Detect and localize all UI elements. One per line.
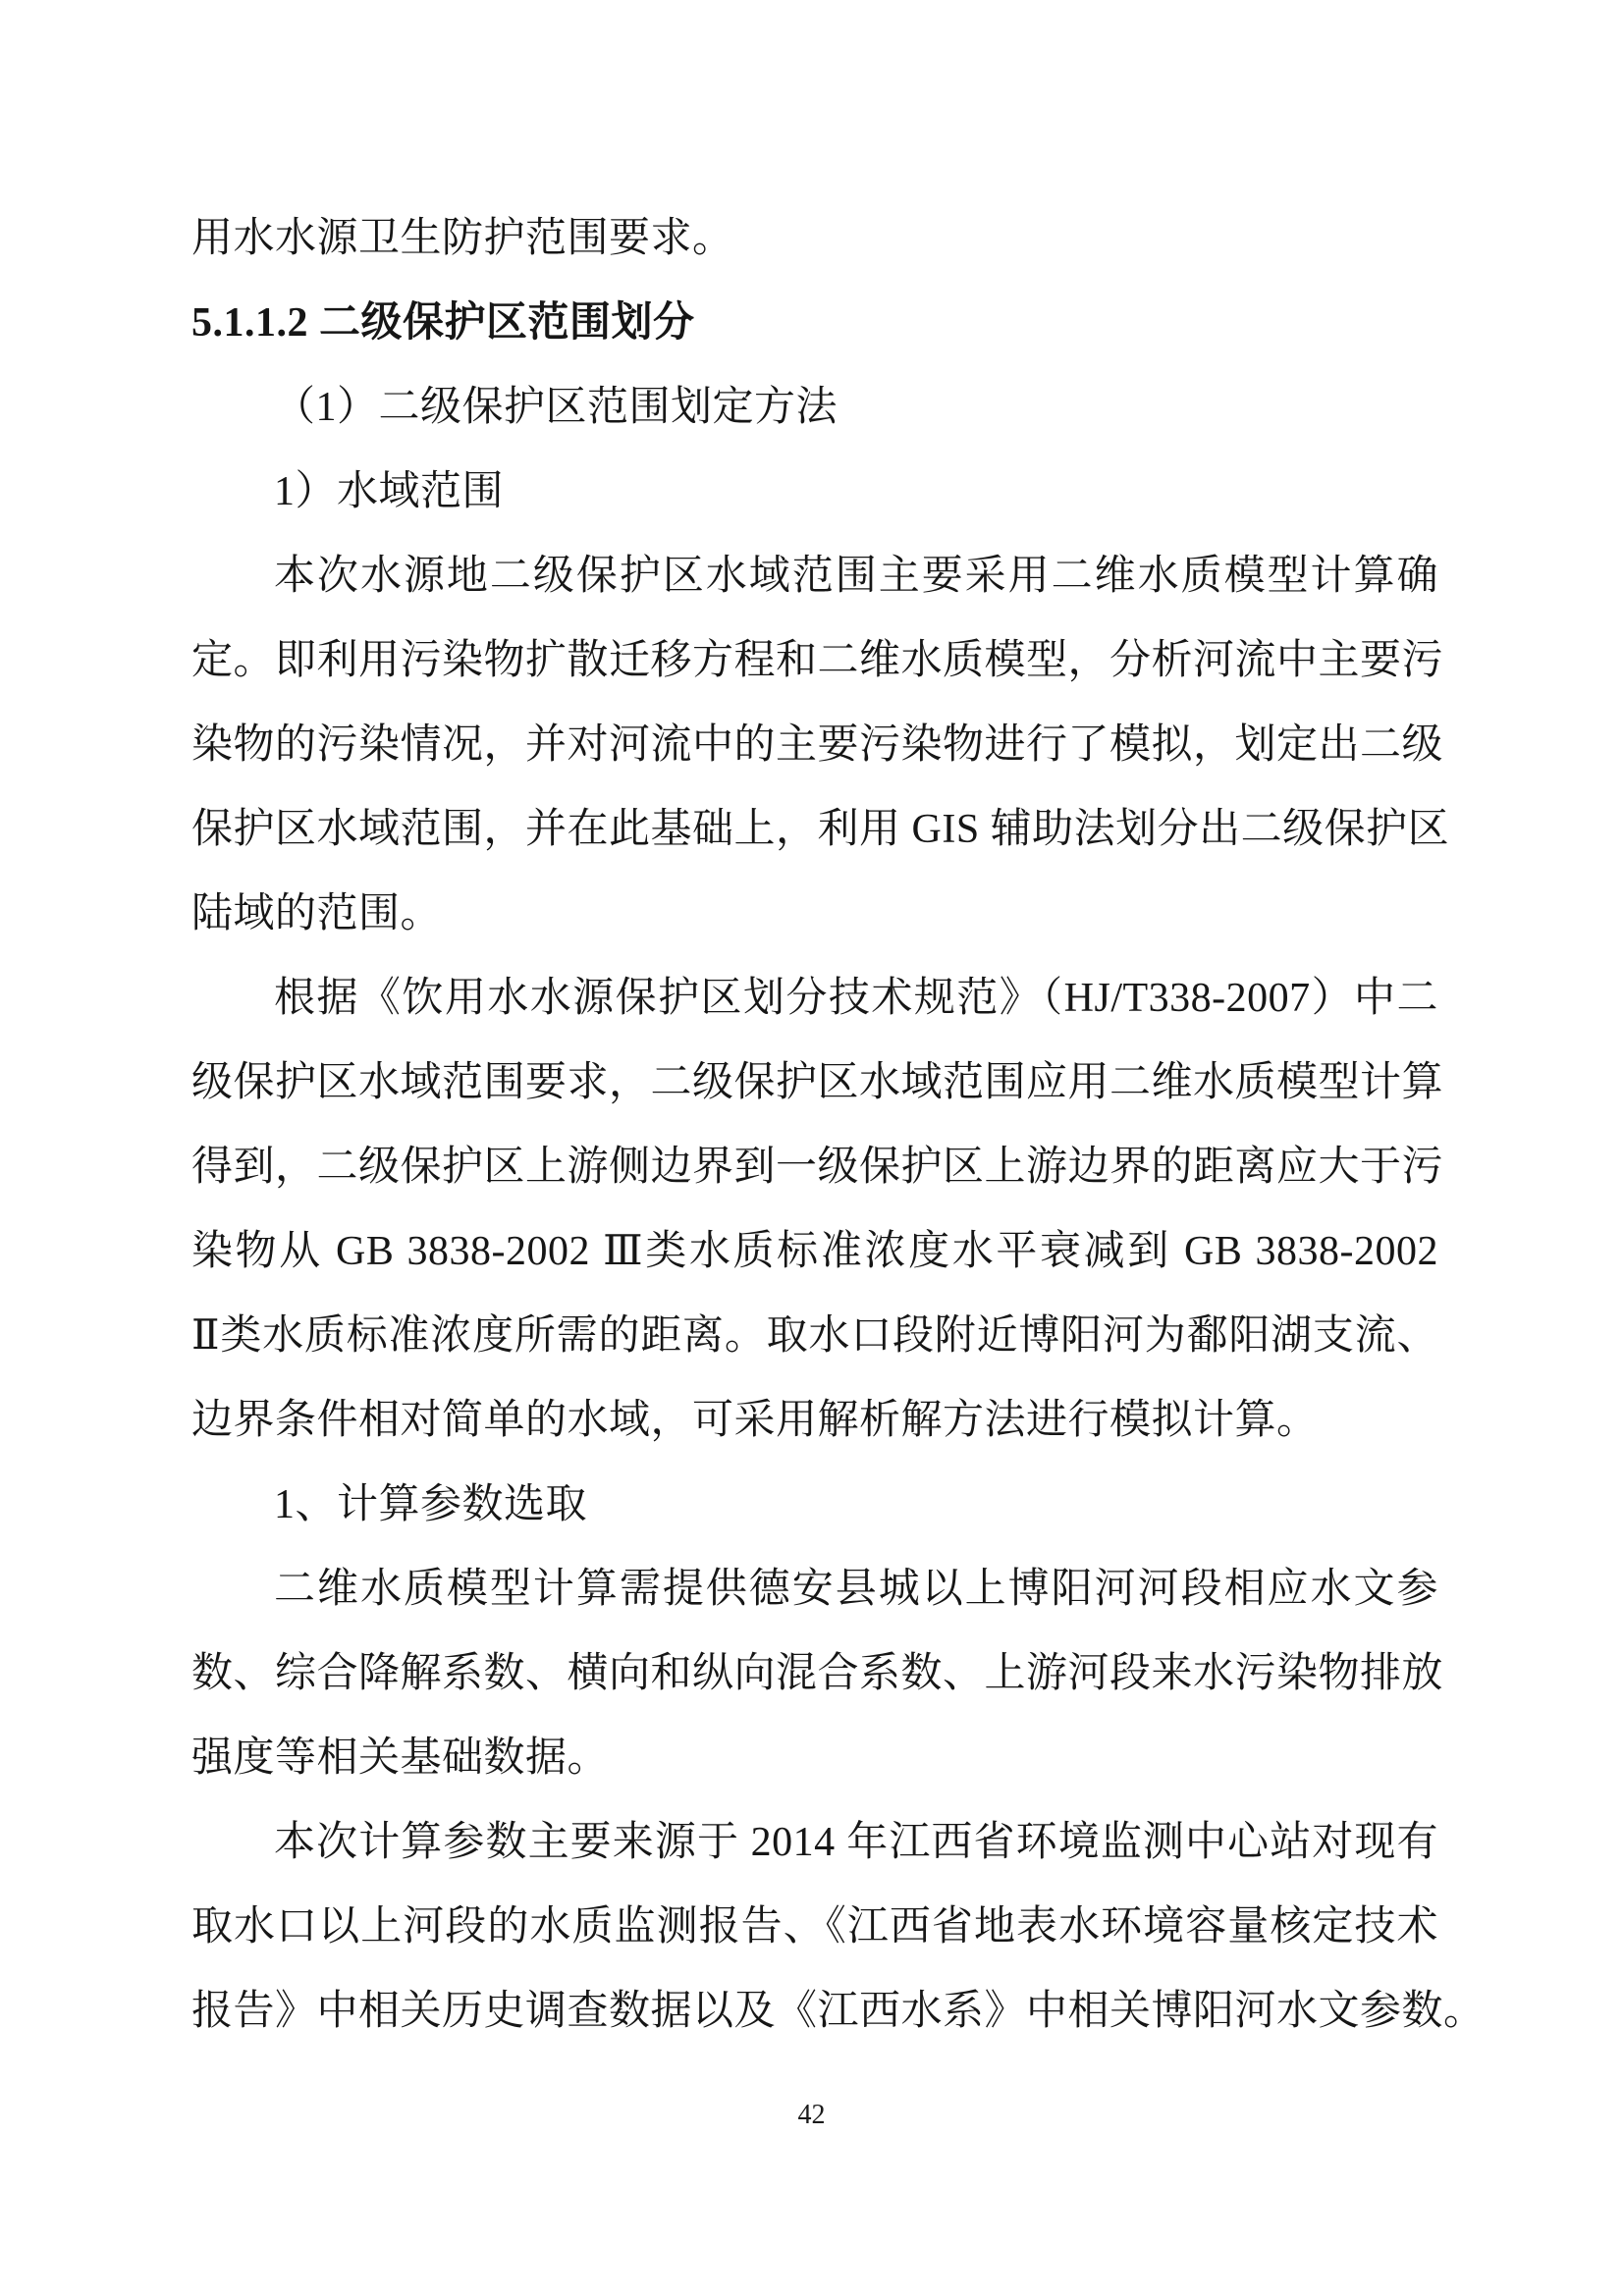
text-line: 用水水源卫生防护范围要求。 [191, 196, 1438, 281]
text-line: 数、综合降解系数、横向和纵向混合系数、上游河段来水污染物排放 [191, 1631, 1438, 1716]
text-line: 取水口以上河段的水质监测报告、《江西省地表水环境容量核定技术 [191, 1885, 1438, 1969]
text-line: 根据《饮用水水源保护区划分技术规范》（HJ/T338-2007）中二 [191, 956, 1438, 1041]
list-item-title: 1、计算参数选取 [191, 1463, 1438, 1547]
text-line: 边界条件相对简单的水域，可采用解析解方法进行模拟计算。 [191, 1378, 1438, 1463]
subsection-title: 1）水域范围 [191, 450, 1438, 534]
document-body: 用水水源卫生防护范围要求。 5.1.1.2 二级保护区范围划分 （1）二级保护区… [191, 196, 1438, 2054]
text-line: 保护区水域范围，并在此基础上，利用 GIS 辅助法划分出二级保护区 [191, 787, 1438, 872]
document-page: 用水水源卫生防护范围要求。 5.1.1.2 二级保护区范围划分 （1）二级保护区… [0, 0, 1623, 2296]
text-line: 得到，二级保护区上游侧边界到一级保护区上游边界的距离应大于污 [191, 1125, 1438, 1209]
text-line: 强度等相关基础数据。 [191, 1716, 1438, 1800]
text-line: 陆域的范围。 [191, 872, 1438, 956]
text-line: 报告》中相关历史调查数据以及《江西水系》中相关博阳河水文参数。 [191, 1969, 1438, 2054]
text-line: 染物从 GB 3838-2002 Ⅲ类水质标准浓度水平衰减到 GB 3838-2… [191, 1209, 1438, 1294]
page-number: 42 [0, 2095, 1623, 2136]
text-line: 本次计算参数主要来源于 2014 年江西省环境监测中心站对现有 [191, 1800, 1438, 1885]
text-line: 定。即利用污染物扩散迁移方程和二维水质模型，分析河流中主要污 [191, 618, 1438, 703]
text-line: Ⅱ类水质标准浓度所需的距离。取水口段附近博阳河为鄱阳湖支流、 [191, 1294, 1438, 1378]
section-heading: 5.1.1.2 二级保护区范围划分 [191, 281, 1438, 365]
subsection-title: （1）二级保护区范围划定方法 [191, 365, 1438, 450]
text-line: 染物的污染情况，并对河流中的主要污染物进行了模拟，划定出二级 [191, 703, 1438, 787]
text-line: 本次水源地二级保护区水域范围主要采用二维水质模型计算确 [191, 534, 1438, 618]
text-line: 级保护区水域范围要求，二级保护区水域范围应用二维水质模型计算 [191, 1041, 1438, 1125]
text-line: 二维水质模型计算需提供德安县城以上博阳河河段相应水文参 [191, 1547, 1438, 1631]
